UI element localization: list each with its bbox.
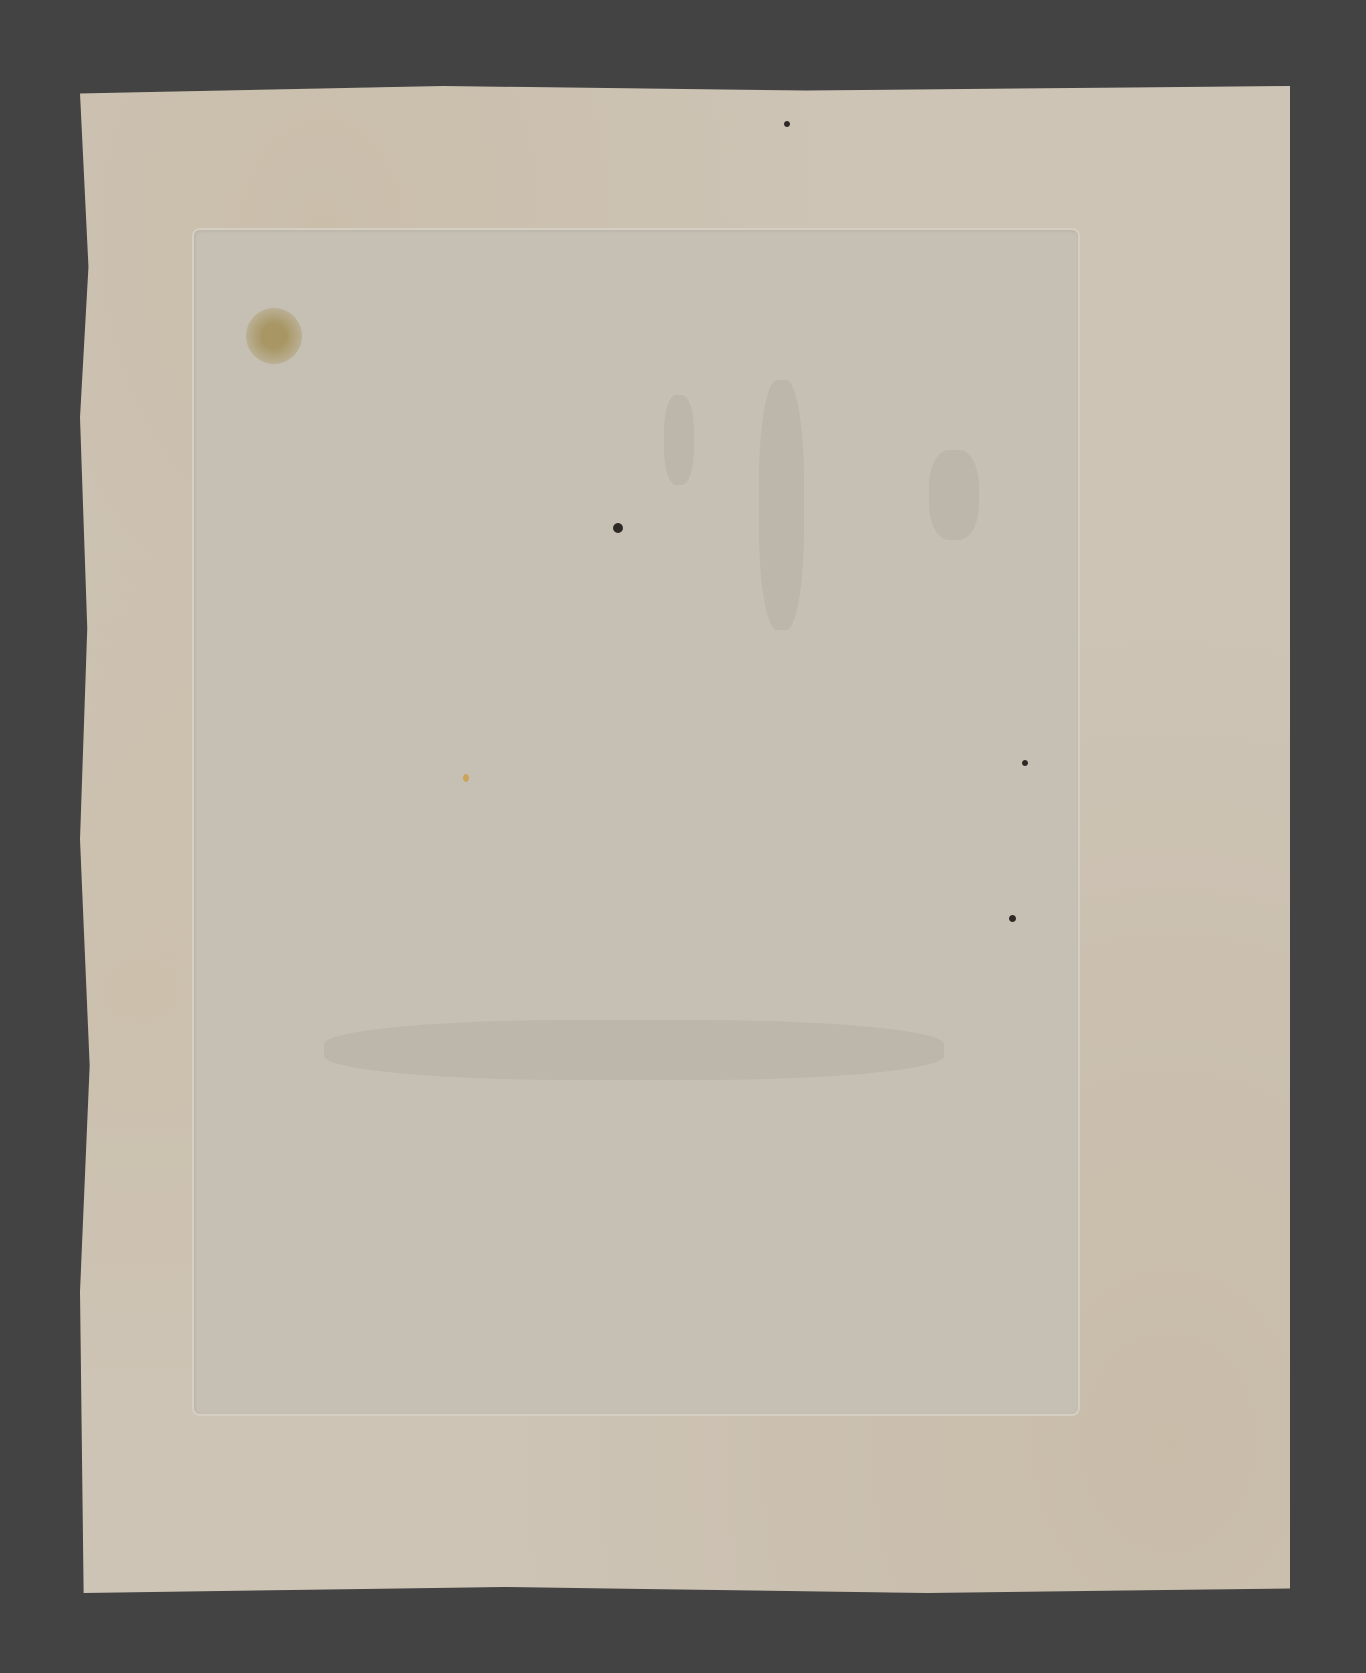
show-through-mark	[929, 450, 979, 540]
foxing-stain	[246, 308, 302, 364]
show-through-mark	[324, 1020, 944, 1080]
plate-mark	[192, 228, 1080, 1416]
show-through-mark	[759, 380, 804, 630]
ink-speck	[463, 774, 469, 782]
paper-sheet	[80, 86, 1290, 1593]
ink-speck	[1009, 915, 1016, 922]
show-through-mark	[664, 395, 694, 485]
ink-speck	[1022, 760, 1028, 766]
ink-speck	[613, 523, 623, 533]
ink-speck	[784, 121, 790, 127]
